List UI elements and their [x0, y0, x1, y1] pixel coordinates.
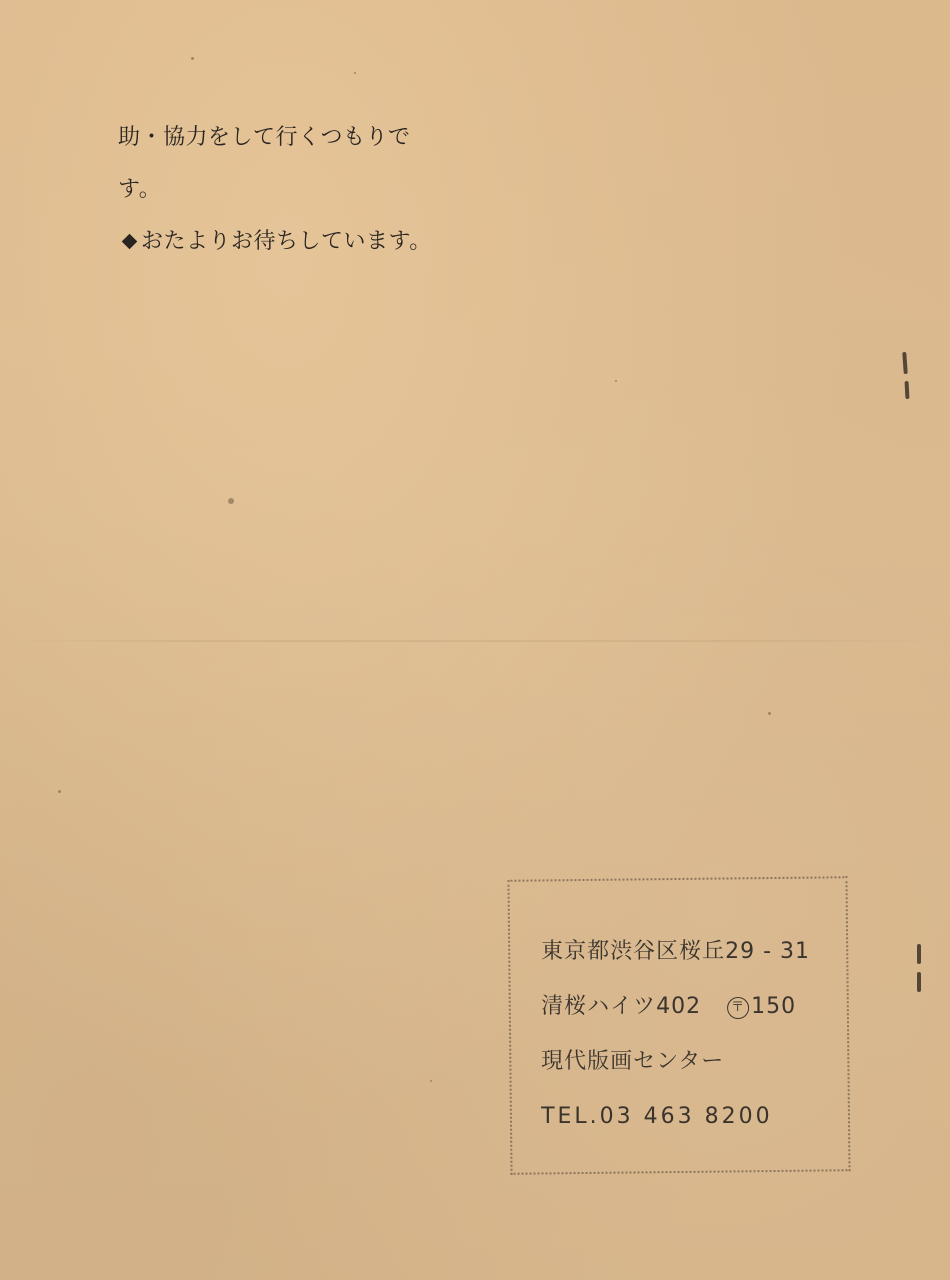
postal-mark-icon: 〒 — [727, 997, 749, 1019]
paper-speck — [430, 1080, 432, 1082]
body-text-line-2: す。 — [118, 164, 518, 216]
paper-speck — [615, 380, 617, 382]
diamond-bullet-icon — [122, 233, 138, 249]
organization-name: 現代版画センター — [541, 1034, 810, 1089]
paper-speck — [191, 57, 194, 60]
postal-code: 150 — [751, 994, 796, 1019]
document-page: 助・協力をして行くつもりで す。 おたよりお待ちしています。 東京都渋谷区桜丘2… — [0, 0, 950, 1280]
staple-lower-top-icon — [917, 944, 921, 964]
staple-lower-bottom-icon — [917, 972, 921, 992]
body-text: 助・協力をして行くつもりで す。 おたよりお待ちしています。 — [118, 112, 518, 268]
paper-speck — [768, 712, 771, 715]
paper-fold-line — [0, 640, 950, 642]
body-text-line-3: おたよりお待ちしています。 — [118, 216, 518, 268]
paper-speck — [354, 72, 356, 74]
telephone-number: TEL.03 463 8200 — [541, 1089, 810, 1144]
staple-upper-bottom-icon — [905, 381, 910, 399]
address-building-line: 清桜ハイツ402〒150 — [541, 979, 810, 1034]
staple-upper-top-icon — [902, 352, 908, 374]
closing-message: おたよりお待ちしています。 — [141, 229, 432, 254]
address-lines: 東京都渋谷区桜丘29 - 31 清桜ハイツ402〒150 現代版画センター TE… — [541, 924, 810, 1144]
paper-speck — [58, 790, 61, 793]
body-text-line-1: 助・協力をして行くつもりで — [118, 112, 518, 164]
address-box: 東京都渋谷区桜丘29 - 31 清桜ハイツ402〒150 現代版画センター TE… — [507, 876, 850, 1175]
address-building: 清桜ハイツ402 — [541, 994, 701, 1019]
address-street: 東京都渋谷区桜丘29 - 31 — [541, 924, 810, 979]
paper-speck — [228, 498, 234, 504]
